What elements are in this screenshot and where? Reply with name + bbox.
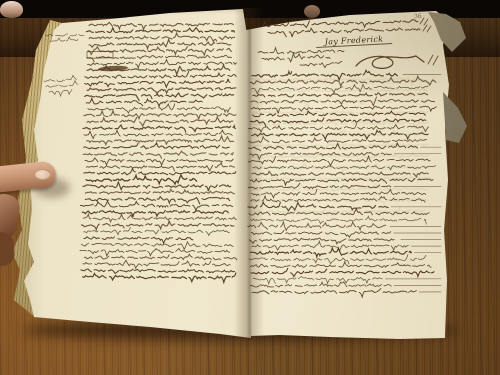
hand bbox=[0, 0, 500, 375]
finger-knuckle bbox=[0, 231, 15, 267]
thumb-nail bbox=[34, 169, 51, 180]
photograph: Jay Frederick 36 bbox=[0, 0, 500, 375]
